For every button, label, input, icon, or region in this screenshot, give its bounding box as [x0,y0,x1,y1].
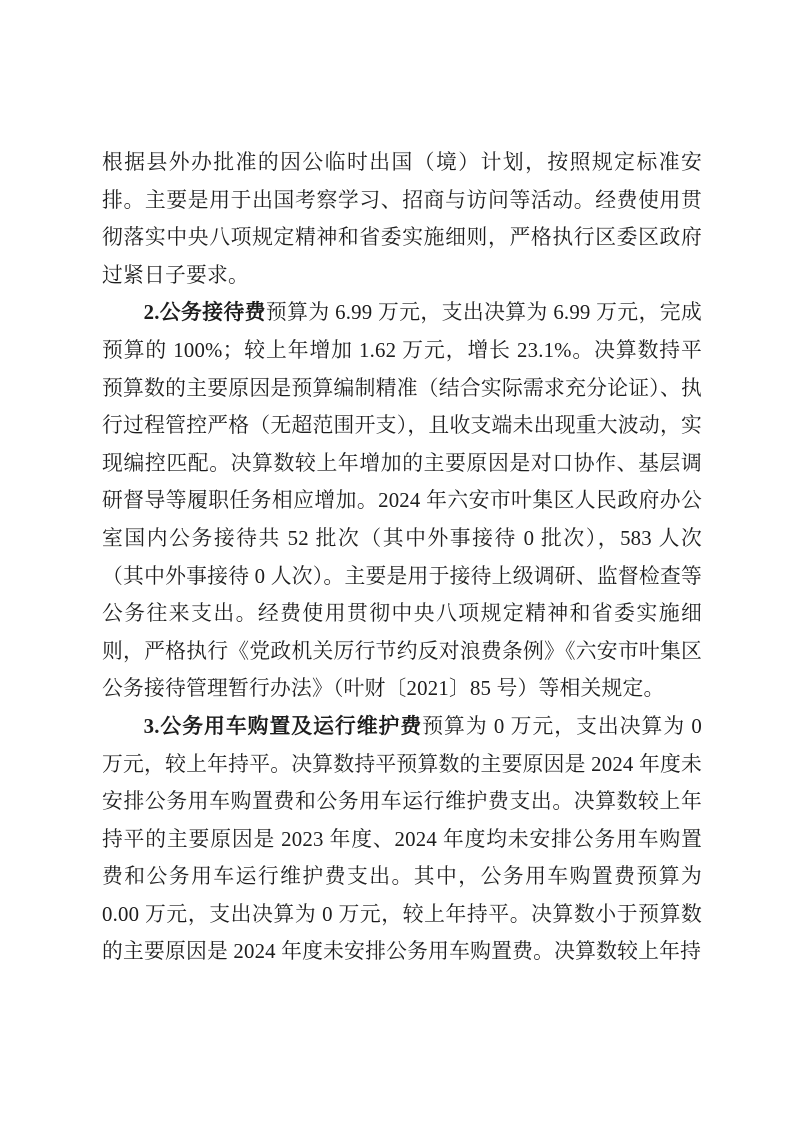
paragraph-text: 预算为 6.99 万元，支出决算为 6.99 万元，完成预算的 100%；较上年… [102,301,702,700]
paragraph-lead: 3.公务用车购置及运行维护费 [144,715,423,738]
paragraph-official-vehicle-expense: 3.公务用车购置及运行维护费预算为 0 万元，支出决算为 0 万元，较上年持平。… [102,708,702,971]
paragraph-text: 预算为 0 万元，支出决算为 0 万元，较上年持平。决算数持平预算数的主要原因是… [102,715,702,964]
paragraph-foreign-travel-expense: 根据县外办批准的因公临时出国（境）计划，按照规定标准安排。主要是用于出国考察学习… [102,144,702,294]
document-page: 根据县外办批准的因公临时出国（境）计划，按照规定标准安排。主要是用于出国考察学习… [0,0,793,1122]
paragraph-text: 根据县外办批准的因公临时出国（境）计划，按照规定标准安排。主要是用于出国考察学习… [102,151,702,287]
document-body-text: 根据县外办批准的因公临时出国（境）计划，按照规定标准安排。主要是用于出国考察学习… [102,144,702,971]
paragraph-lead: 2.公务接待费 [144,301,266,324]
paragraph-official-reception-expense: 2.公务接待费预算为 6.99 万元，支出决算为 6.99 万元，完成预算的 1… [102,294,702,708]
